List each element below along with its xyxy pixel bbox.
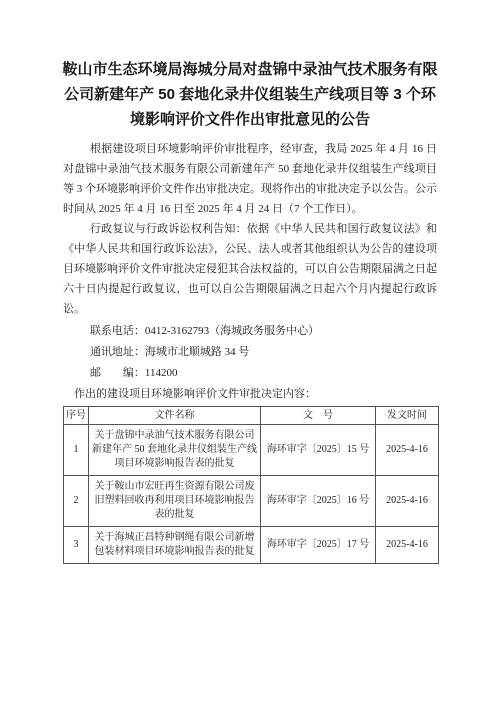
col-header-index: 序号 xyxy=(64,407,89,425)
cell-issue-date: 2025-4-16 xyxy=(376,425,439,476)
cell-file-name: 关于海城正昌特种钢绳有限公司新增包装材料项目环境影响报告表的批复 xyxy=(89,527,261,564)
table-header-row: 序号 文件名称 文 号 发文时间 xyxy=(64,407,439,425)
cell-doc-number: 海环审字〔2025〕15 号 xyxy=(261,425,376,476)
announcement-page: 鞍山市生态环境局海城分局对盘锦中录油气技术服务有限公司新建年产 50 套地化录井… xyxy=(0,0,500,707)
cell-issue-date: 2025-4-16 xyxy=(376,527,439,564)
table-row: 1 关于盘锦中录油气技术服务有限公司新建年产 50 套地化录井仪组装生产线项目环… xyxy=(64,425,439,476)
postal-code-line: 邮 编：114200 xyxy=(63,363,437,384)
cell-index: 1 xyxy=(64,425,89,476)
table-row: 2 关于鞍山市宏旺再生资源有限公司废旧塑料回收再利用项目环境影响报告表的批复 海… xyxy=(64,476,439,527)
cell-index: 3 xyxy=(64,527,89,564)
cell-file-name: 关于盘锦中录油气技术服务有限公司新建年产 50 套地化录井仪组装生产线项目环境影… xyxy=(89,425,261,476)
cell-issue-date: 2025-4-16 xyxy=(376,476,439,527)
contact-address-line: 通讯地址：海城市北顺城路 34 号 xyxy=(63,342,437,363)
cell-doc-number: 海环审字〔2025〕17 号 xyxy=(261,527,376,564)
table-intro-line: 作出的建设项目环境影响评价文件审批决定内容： xyxy=(63,386,437,403)
col-header-doc-number: 文 号 xyxy=(261,407,376,425)
contact-block: 联系电话：0412-3162793（海城政务服务中心） 通讯地址：海城市北顺城路… xyxy=(0,321,500,384)
col-header-file-name: 文件名称 xyxy=(89,407,261,425)
col-header-issue-date: 发文时间 xyxy=(376,407,439,425)
page-title: 鞍山市生态环境局海城分局对盘锦中录油气技术服务有限公司新建年产 50 套地化录井… xyxy=(61,57,439,132)
paragraph-rights-notice: 行政复议与行政诉讼权利告知：依据《中华人民共和国行政复议法》和《中华人民共和国行… xyxy=(63,219,437,319)
approval-decisions-table: 序号 文件名称 文 号 发文时间 1 关于盘锦中录油气技术服务有限公司新建年产 … xyxy=(63,406,439,564)
contact-phone-line: 联系电话：0412-3162793（海城政务服务中心） xyxy=(63,321,437,342)
cell-doc-number: 海环审字〔2025〕16 号 xyxy=(261,476,376,527)
cell-index: 2 xyxy=(64,476,89,527)
table-row: 3 关于海城正昌特种钢绳有限公司新增包装材料项目环境影响报告表的批复 海环审字〔… xyxy=(64,527,439,564)
paragraph-approval-procedure: 根据建设项目环境影响评价审批程序，经审查，我局 2025 年 4 月 16 日对… xyxy=(63,139,437,219)
cell-file-name: 关于鞍山市宏旺再生资源有限公司废旧塑料回收再利用项目环境影响报告表的批复 xyxy=(89,476,261,527)
